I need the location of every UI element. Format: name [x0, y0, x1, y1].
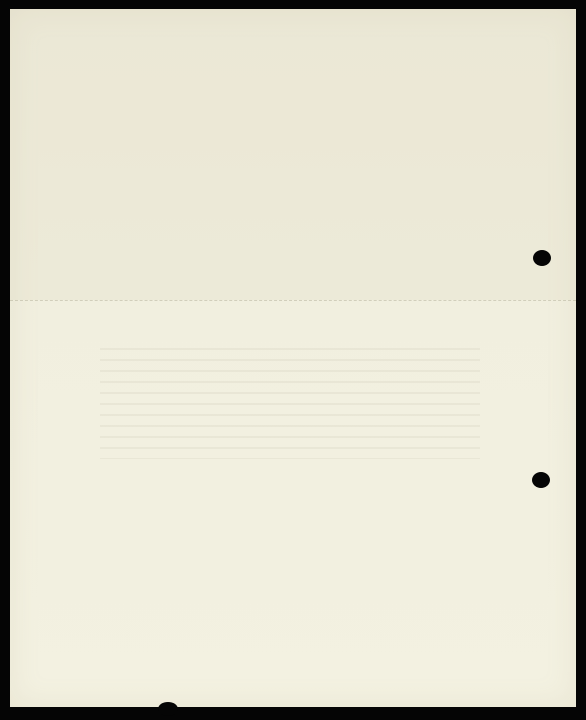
bleed-through-text — [100, 339, 480, 459]
fold-line — [10, 300, 576, 301]
punch-hole-icon — [532, 472, 550, 488]
upper-panel-shading — [10, 9, 576, 300]
punch-hole-icon — [533, 250, 551, 266]
paper-sheet — [10, 9, 576, 707]
punch-hole-icon — [158, 702, 178, 716]
